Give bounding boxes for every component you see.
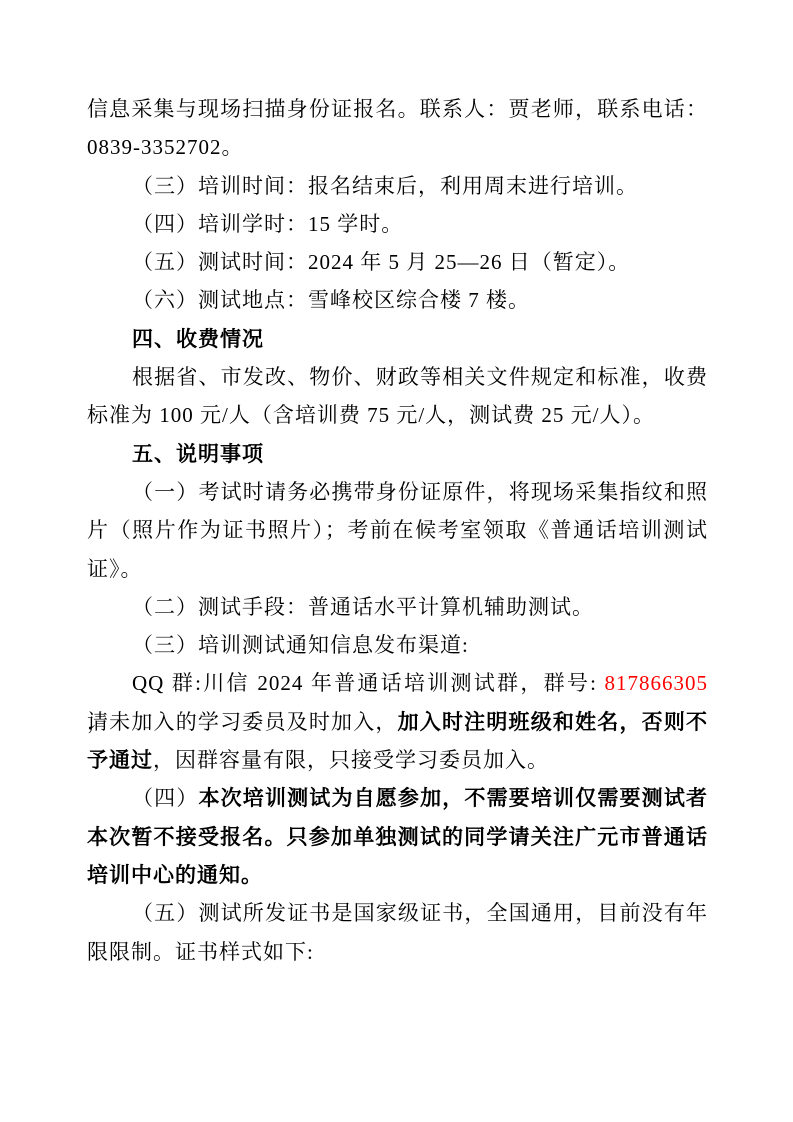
body-line-qq-join-a: 请未加入的学习委员及时加入，加入时注明班级和姓名，否则不	[87, 703, 708, 741]
text-run: （三）培训时间：报名结束后，利用周末进行培训。	[132, 174, 638, 198]
body-line-note2: （二）测试手段：普通话水平计算机辅助测试。	[87, 588, 708, 626]
text-run: 标准为 100 元/人（含培训费 75 元/人，测试费 25 元/人）。	[87, 403, 655, 427]
text-run: （二）测试手段：普通话水平计算机辅助测试。	[132, 595, 594, 619]
text-run: QQ 群:川信 2024 年普通话培训测试群，群号:	[132, 671, 605, 695]
document-content: 信息采集与现场扫描身份证报名。联系人：贾老师，联系电话：0839-3352702…	[87, 90, 708, 971]
text-run: （六）测试地点：雪峰校区综合楼 7 楼。	[132, 288, 530, 312]
section-heading-text: 四、收费情况	[132, 328, 264, 351]
body-line-note4-b: 本次暂不接受报名。只参加单独测试的同学请关注广元市普通话	[87, 818, 708, 856]
document-page: 信息采集与现场扫描身份证报名。联系人：贾老师，联系电话：0839-3352702…	[0, 0, 793, 1122]
body-line-qq-join-b: 予通过，因群容量有限，只接受学习委员加入。	[87, 741, 708, 779]
text-run: 证》。	[87, 557, 143, 581]
text-run: （五）测试时间：2024 年 5 月 25—26 日（暂定）。	[132, 250, 630, 274]
body-line-note1-c: 证》。	[87, 550, 708, 588]
body-line-note5-a: （五）测试所发证书是国家级证书，全国通用，目前没有年	[87, 894, 708, 932]
body-line-test-location: （六）测试地点：雪峰校区综合楼 7 楼。	[87, 281, 708, 319]
body-line-note3: （三）培训测试通知信息发布渠道:	[87, 626, 708, 664]
contact-phone-number: 0839-3352702。	[87, 135, 244, 159]
body-line-phone: 0839-3352702。	[87, 128, 708, 166]
text-run: （四）培训学时：15 学时。	[132, 212, 403, 236]
text-run: （一）考试时请务必携带身份证原件，将现场采集指纹和照	[132, 480, 708, 504]
body-line-note1-a: （一）考试时请务必携带身份证原件，将现场采集指纹和照	[87, 473, 708, 511]
body-line-note1-b: 片（照片作为证书照片）；考前在候考室领取《普通话培训测试	[87, 511, 708, 549]
section-heading-text: 五、说明事项	[132, 443, 264, 466]
qq-group-number: 817866305	[605, 671, 709, 695]
text-run: 片（照片作为证书照片）；考前在候考室领取《普通话培训测试	[87, 518, 708, 542]
section-heading-notes: 五、说明事项	[87, 435, 708, 473]
body-line-training-time: （三）培训时间：报名结束后，利用周末进行培训。	[87, 167, 708, 205]
body-line-note5-b: 限限制。证书样式如下:	[87, 933, 708, 971]
body-line-test-time: （五）测试时间：2024 年 5 月 25—26 日（暂定）。	[87, 243, 708, 281]
text-run: （五）测试所发证书是国家级证书，全国通用，目前没有年	[132, 901, 708, 925]
body-line-fees-2: 标准为 100 元/人（含培训费 75 元/人，测试费 25 元/人）。	[87, 396, 708, 434]
text-run: 信息采集与现场扫描身份证报名。联系人：贾老师，联系电话：	[87, 97, 708, 121]
body-line-note4-a: （四）本次培训测试为自愿参加，不需要培训仅需要测试者	[87, 779, 708, 817]
body-line-qq-group: QQ 群:川信 2024 年普通话培训测试群，群号: 817866305 ，	[87, 664, 708, 702]
emphasis-run: 本次暂不接受报名。只参加单独测试的同学请关注广元市普通话	[87, 825, 708, 849]
text-run: 根据省、市发改、物价、财政等相关文件规定和标准，收费	[132, 365, 708, 389]
section-heading-fees: 四、收费情况	[87, 320, 708, 358]
emphasis-run: 培训中心的通知。	[87, 863, 263, 887]
body-line-contact: 信息采集与现场扫描身份证报名。联系人：贾老师，联系电话：	[87, 90, 708, 128]
body-line-note4-c: 培训中心的通知。	[87, 856, 708, 894]
emphasis-run: 加入时注明班级和姓名，否则不	[398, 710, 708, 734]
body-line-training-hours: （四）培训学时：15 学时。	[87, 205, 708, 243]
text-run: 请未加入的学习委员及时加入，	[87, 710, 398, 734]
body-line-fees-1: 根据省、市发改、物价、财政等相关文件规定和标准，收费	[87, 358, 708, 396]
text-run: 限限制。证书样式如下:	[87, 940, 314, 964]
text-run: （四）	[132, 786, 198, 810]
text-run: （三）培训测试通知信息发布渠道:	[132, 633, 469, 657]
emphasis-run: 予通过	[87, 748, 153, 772]
text-run: ，因群容量有限，只接受学习委员加入。	[153, 748, 549, 772]
emphasis-run: 本次培训测试为自愿参加，不需要培训仅需要测试者	[198, 786, 708, 810]
